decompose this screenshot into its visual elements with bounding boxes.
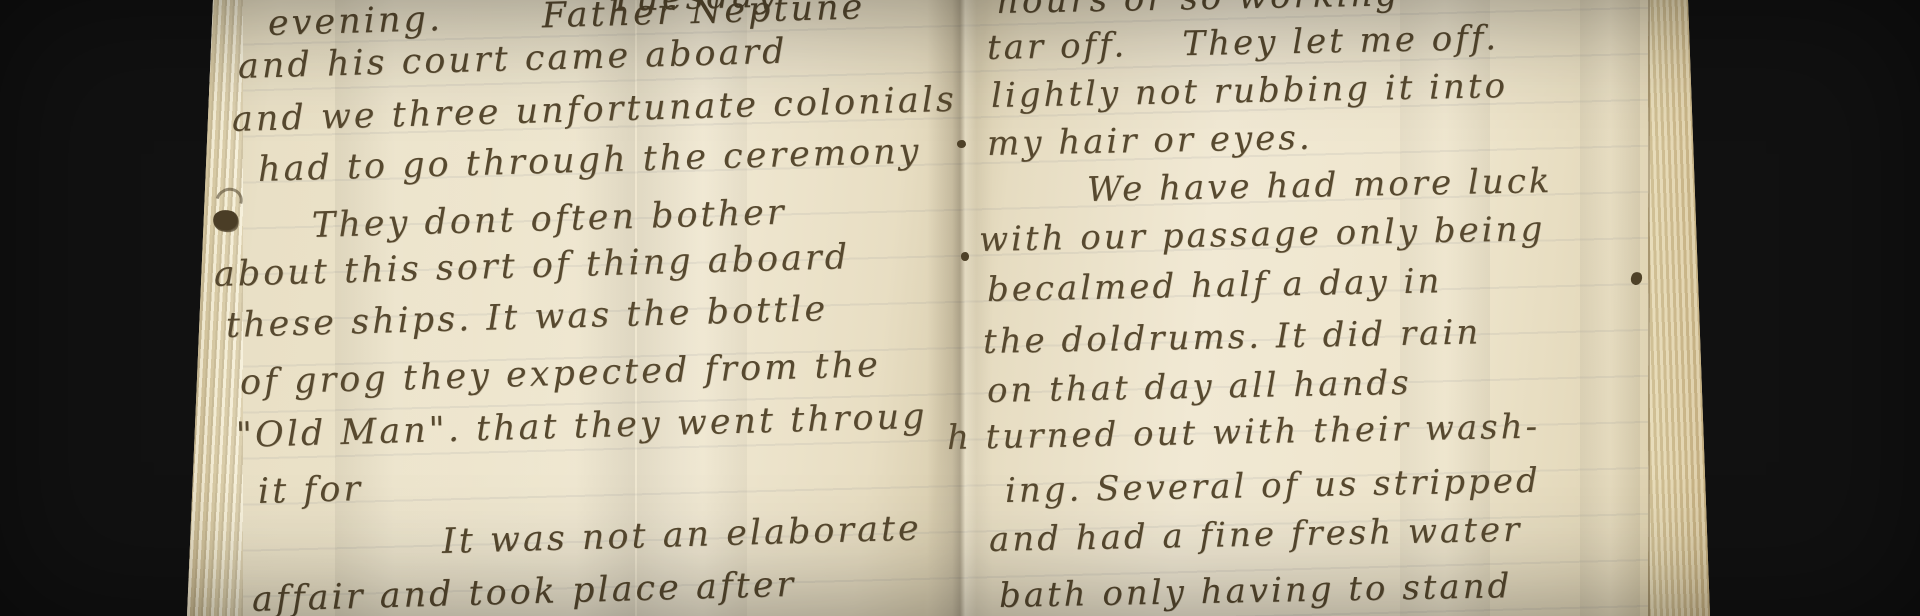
handwritten-line: my hair or eyes. — [987, 118, 1313, 164]
handwritten-line: becalmed half a day in — [987, 261, 1443, 310]
handwritten-line: these ships. It was the bottle — [225, 289, 828, 346]
handwritten-line: tar off. They let me off. — [987, 18, 1500, 68]
handwritten-line: with our passage only being — [979, 209, 1546, 260]
handwritten-line: lightly not rubbing it into — [991, 66, 1509, 116]
handwritten-line: ing. Several of us stripped — [1005, 461, 1541, 511]
handwritten-line: had to go through the ceremony — [257, 131, 921, 190]
handwritten-line: h turned out with their wash- — [947, 407, 1541, 458]
photo-of-open-diary: Tuesday evening. Father Neptune and his … — [0, 0, 1920, 616]
left-page: Tuesday evening. Father Neptune and his … — [230, 0, 930, 616]
handwritten-line: it for — [257, 469, 363, 512]
handwritten-line: We have had more luck — [1087, 161, 1553, 210]
handwritten-line: about this sort of thing aboard — [213, 237, 850, 295]
handwritten-line: affair and took place after — [251, 565, 796, 616]
handwritten-line: and we three unfortunate colonials — [231, 80, 957, 140]
handwritten-line: "Old Man". that they went throug — [235, 397, 928, 456]
ink-spot — [957, 140, 966, 148]
handwritten-line: hours or so working — [997, 0, 1401, 22]
handwritten-line: It was not an elaborate — [441, 509, 922, 562]
handwritten-line: bath only having to stand — [999, 566, 1513, 616]
handwritten-line: of grog they expected from the — [239, 345, 881, 403]
handwritten-line: on that day all hands — [987, 363, 1412, 411]
handwritten-line: and had a fine fresh water — [989, 510, 1523, 560]
handwritten-line: the doldrums. It did rain — [983, 312, 1482, 362]
open-diary-book: Tuesday evening. Father Neptune and his … — [185, 0, 1710, 616]
right-page: hours or so working tar off. They let me… — [975, 0, 1655, 616]
handwritten-line: They dont often bother — [311, 193, 787, 246]
ink-spot — [961, 252, 969, 261]
